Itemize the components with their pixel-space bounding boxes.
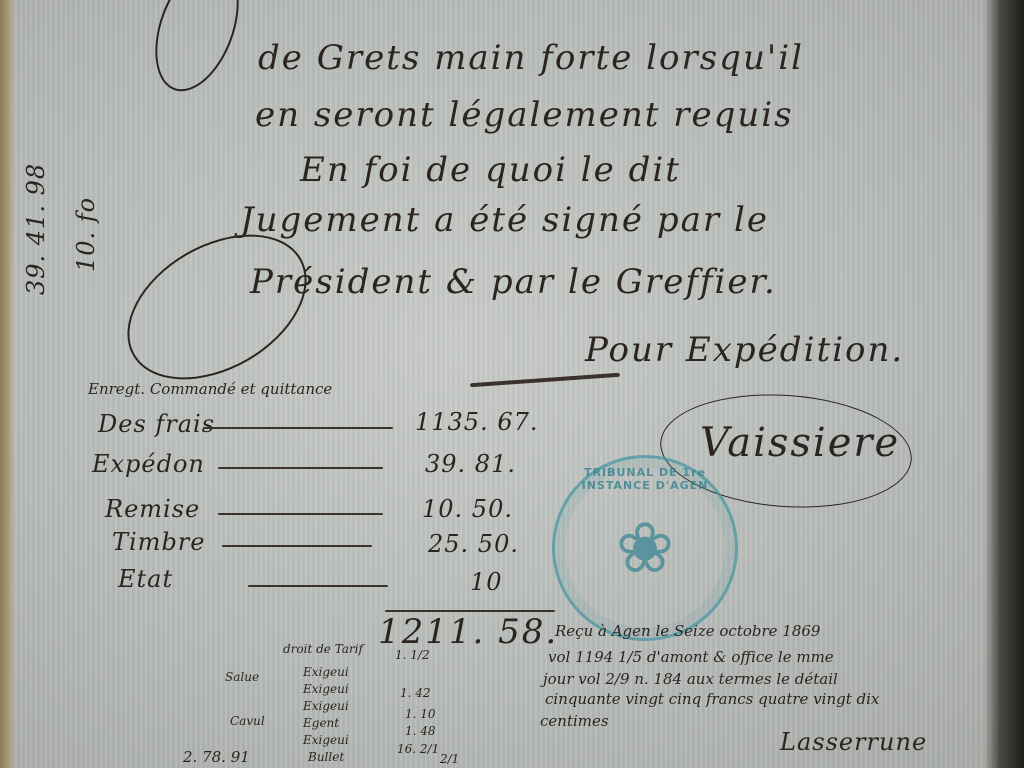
receipt-line-1: Reçu à Agen le Seize octobre 1869 <box>555 622 820 640</box>
receipt-line-2: vol 1194 1/5 d'amont & office le mme <box>548 648 834 666</box>
receipt-line-4: cinquante vingt cinq francs quatre vingt… <box>545 690 879 708</box>
body-line-5: Président & par le Greffier. <box>250 262 777 302</box>
sub-item-2-1: Egent <box>303 716 339 730</box>
sub-item-2-3: Bullet <box>308 750 344 764</box>
sub-group-label-1: Salue <box>225 670 259 684</box>
sub-group-label-2: Cavul <box>230 714 265 728</box>
cost-total: 1211. 58. <box>378 612 558 652</box>
court-stamp: TRIBUNAL DE 1re INSTANCE D'AGEN ❀ <box>552 455 738 641</box>
sub-bottom-left: 2. 78. 91 <box>183 748 250 766</box>
cost-amount-etat: 10 <box>470 568 503 596</box>
margin-note-amount-2: 10. fo <box>72 197 100 272</box>
receipt-signature: Lasserrune <box>780 728 927 756</box>
sub-value-1-1: 1. 1/2 <box>395 648 430 662</box>
sub-item-2-2: Exigeui <box>303 733 349 747</box>
sub-value-1-3: 1. 10 <box>405 707 436 721</box>
eagle-emblem-icon: ❀ <box>605 498 685 598</box>
cost-rule-4 <box>222 545 372 547</box>
sub-value-2-3: 2/1 <box>440 752 459 766</box>
page-right-edge-shadow <box>984 0 1024 768</box>
sub-item-1-2: Exigeui <box>303 682 349 696</box>
cost-label-timbre: Timbre <box>112 528 205 556</box>
document-page: 39. 41. 98 10. fo de Grets main forte lo… <box>0 0 1000 768</box>
stamp-text: TRIBUNAL DE 1re INSTANCE D'AGEN <box>555 466 735 492</box>
cost-label-expedition: Expédon <box>92 450 205 478</box>
sub-accounts-header: droit de Tarif <box>283 642 363 656</box>
costs-header: Enregt. Commandé et quittance <box>88 380 332 398</box>
cost-rule-2 <box>218 467 383 469</box>
top-flourish <box>139 0 254 103</box>
body-line-4: Jugement a été signé par le <box>240 200 769 240</box>
sub-item-1-3: Exigeui <box>303 699 349 713</box>
margin-note-amount-1: 39. 41. 98 <box>22 163 50 295</box>
pour-expedition-underline <box>470 373 620 387</box>
page-left-edge <box>0 0 14 768</box>
body-line-2: en seront légalement requis <box>255 95 794 135</box>
cost-rule-5 <box>248 585 388 587</box>
receipt-line-5: centimes <box>540 712 609 730</box>
body-line-6: Pour Expédition. <box>585 330 904 370</box>
sub-value-1-2: 1. 42 <box>400 686 431 700</box>
body-line-3: En foi de quoi le dit <box>300 150 681 190</box>
cost-rule-3 <box>218 513 383 515</box>
cost-label-etat: Etat <box>118 565 173 593</box>
cost-amount-expedition: 39. 81. <box>425 450 516 478</box>
sub-value-2-1: 1. 48 <box>405 724 436 738</box>
sub-item-1-1: Exigeui <box>303 665 349 679</box>
cost-amount-timbre: 25. 50. <box>428 530 519 558</box>
cost-label-remise: Remise <box>105 495 200 523</box>
sub-value-2-2: 16. 2/1 <box>397 742 439 756</box>
cost-label-frais: Des frais <box>98 410 215 438</box>
receipt-line-3: jour vol 2/9 n. 184 aux termes le détail <box>543 670 838 688</box>
cost-rule-1 <box>203 427 393 429</box>
cost-amount-frais: 1135. 67. <box>415 408 539 436</box>
signature-name: Vaissiere <box>700 420 900 466</box>
body-line-1: de Grets main forte lorsqu'il <box>258 38 804 78</box>
cost-amount-remise: 10. 50. <box>422 495 513 523</box>
